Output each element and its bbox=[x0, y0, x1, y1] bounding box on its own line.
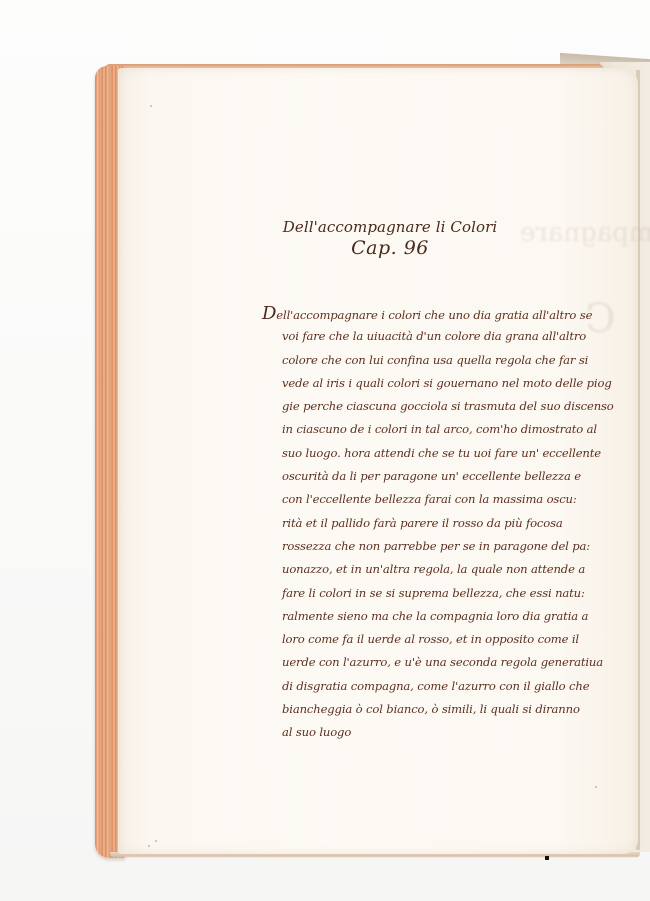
chapter-number: Cap. 96 bbox=[260, 237, 520, 259]
text-line: biancheggia ò col bianco, ò simili, li q… bbox=[262, 698, 622, 721]
text-line: suo luogo. hora attendi che se tu uoi fa… bbox=[262, 442, 622, 465]
drop-cap: D bbox=[262, 303, 276, 324]
text-line: voi fare che la uiuacità d'un colore dia… bbox=[262, 325, 622, 348]
text-line: fare li colori in se si suprema bellezza… bbox=[262, 582, 622, 605]
paper-speck bbox=[595, 786, 597, 788]
text-line: con l'eccellente bellezza farai con la m… bbox=[262, 488, 622, 511]
manuscript-body: Dell'accompagnare i colori che uno dia g… bbox=[262, 302, 622, 745]
text-line: oscurità da li per paragone un' eccellen… bbox=[262, 465, 622, 488]
text-line: uonazzo, et in un'altra regola, la quale… bbox=[262, 558, 622, 581]
text-line: vede al iris i quali colori si gouernano… bbox=[262, 372, 622, 395]
text-line: di disgratia compagna, come l'azurro con… bbox=[262, 675, 622, 698]
bleed-through-heading: Dell'accompagnare bbox=[520, 218, 650, 248]
paper-speck bbox=[155, 840, 157, 842]
text-line: gie perche ciascuna gocciola si trasmuta… bbox=[262, 395, 622, 418]
text-line: loro come fa il uerde al rosso, et in op… bbox=[262, 628, 622, 651]
paper-speck bbox=[148, 845, 150, 847]
text-line: ralmente sieno ma che la compagnia loro … bbox=[262, 605, 622, 628]
text-line: uerde con l'azurro, e u'è una seconda re… bbox=[262, 651, 622, 674]
chapter-heading: Dell'accompagnare li Colori Cap. 96 bbox=[260, 218, 520, 259]
paper-speck bbox=[150, 105, 152, 107]
text-line: colore che con lui confina usa quella re… bbox=[262, 349, 622, 372]
chapter-title: Dell'accompagnare li Colori bbox=[260, 218, 520, 236]
text-line: rità et il pallido farà parere il rosso … bbox=[262, 512, 622, 535]
text-line: in ciascuno de i colori in tal arco, com… bbox=[262, 418, 622, 441]
scan-mark bbox=[545, 856, 549, 860]
text-line-content: ell'accompagnare i colori che uno dia gr… bbox=[276, 308, 592, 322]
text-line: rossezza che non parrebbe per se in para… bbox=[262, 535, 622, 558]
text-line: al suo luogo bbox=[262, 721, 622, 744]
text-line: Dell'accompagnare i colori che uno dia g… bbox=[262, 302, 622, 325]
